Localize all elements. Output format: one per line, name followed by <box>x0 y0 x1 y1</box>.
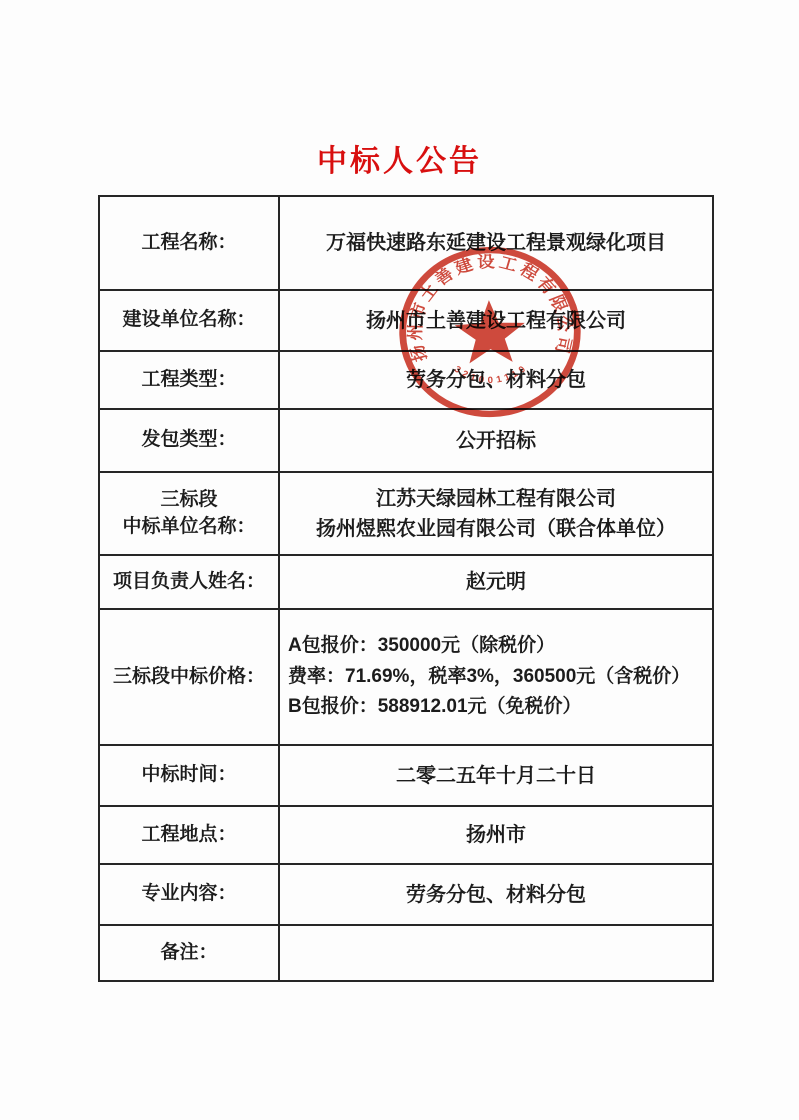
table-row-project-name: 工程名称： 万福快速路东延建设工程景观绿化项目 <box>100 197 712 291</box>
row-label: 发包类型： <box>100 410 280 471</box>
table-row-project-type: 工程类型： 劳务分包、材料分包 <box>100 352 712 410</box>
table-row-winning-price: 三标段中标价格： A包报价：350000元（除税价） 费率：71.69%，税率3… <box>100 610 712 746</box>
row-label: 三标段 中标单位名称： <box>100 473 280 554</box>
row-label: 中标时间： <box>100 746 280 805</box>
row-label: 备注： <box>100 926 280 980</box>
announcement-page: 中标人公告 工程名称： 万福快速路东延建设工程景观绿化项目 建设单位名称： 扬州… <box>0 0 799 1120</box>
row-value: 扬州市 <box>280 807 712 863</box>
row-value: 劳务分包、材料分包 <box>280 352 712 408</box>
row-value: 万福快速路东延建设工程景观绿化项目 <box>280 197 712 289</box>
row-label: 工程地点： <box>100 807 280 863</box>
table-row-tender-type: 发包类型： 公开招标 <box>100 410 712 473</box>
row-label: 项目负责人姓名： <box>100 556 280 608</box>
row-value: 公开招标 <box>280 410 712 471</box>
table-row-remarks: 备注： <box>100 926 712 980</box>
row-value: 劳务分包、材料分包 <box>280 865 712 924</box>
row-value: 扬州市土善建设工程有限公司 <box>280 291 712 350</box>
row-value: 江苏天绿园林工程有限公司 扬州煜熙农业园有限公司（联合体单位） <box>280 473 712 554</box>
row-label: 建设单位名称： <box>100 291 280 350</box>
table-row-winning-unit: 三标段 中标单位名称： 江苏天绿园林工程有限公司 扬州煜熙农业园有限公司（联合体… <box>100 473 712 556</box>
announcement-table: 工程名称： 万福快速路东延建设工程景观绿化项目 建设单位名称： 扬州市土善建设工… <box>98 195 714 982</box>
row-label: 工程名称： <box>100 197 280 289</box>
row-value: A包报价：350000元（除税价） 费率：71.69%，税率3%，360500元… <box>280 610 712 744</box>
row-label: 专业内容： <box>100 865 280 924</box>
row-label: 三标段中标价格： <box>100 610 280 744</box>
table-row-construction-unit: 建设单位名称： 扬州市土善建设工程有限公司 <box>100 291 712 352</box>
row-value: 二零二五年十月二十日 <box>280 746 712 805</box>
row-value: 赵元明 <box>280 556 712 608</box>
table-row-specialty-content: 专业内容： 劳务分包、材料分包 <box>100 865 712 926</box>
table-row-project-manager: 项目负责人姓名： 赵元明 <box>100 556 712 610</box>
table-row-project-location: 工程地点： 扬州市 <box>100 807 712 865</box>
table-row-winning-date: 中标时间： 二零二五年十月二十日 <box>100 746 712 807</box>
row-value <box>280 926 712 980</box>
row-label: 工程类型： <box>100 352 280 408</box>
page-title: 中标人公告 <box>0 136 799 180</box>
